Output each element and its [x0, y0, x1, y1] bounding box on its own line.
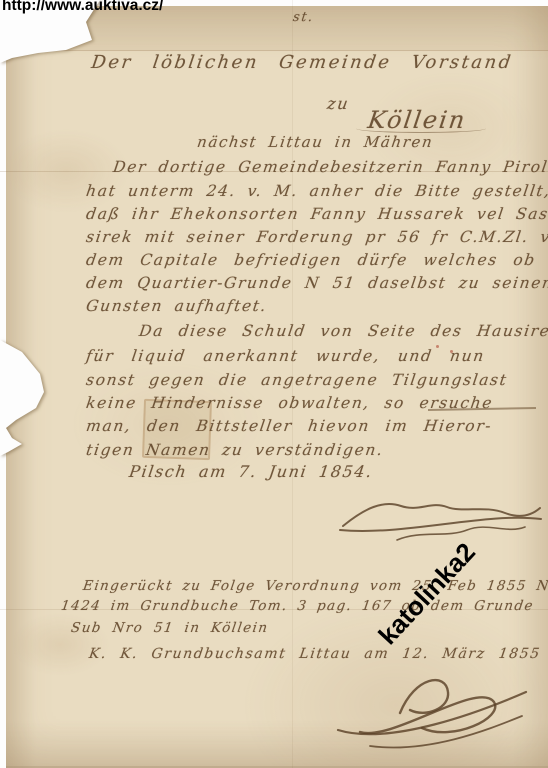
handwriting-registration: Eingerückt zu Folge Verordnung vom 25. F… — [82, 578, 548, 594]
handwriting-line: für liquid anerkannt wurde, und nun — [85, 347, 486, 365]
handwriting-line: sonst gegen die angetragene Tilgungslast — [85, 371, 509, 389]
scanned-letter: st. Der löblichen Gemeinde Vorstand zu K… — [0, 0, 548, 768]
handwriting-line: man, den Bittsteller hievon im Hieror- — [85, 417, 493, 435]
handwriting-line: hat unterm 24. v. M. anher die Bitte ges… — [85, 182, 548, 200]
handwriting-registration: 1424 im Grundbuche Tom. 3 pag. 167 ob de… — [60, 598, 535, 614]
signature-flourish — [330, 658, 530, 758]
auction-site-watermark: http://www.auktiva.cz/ — [2, 0, 163, 15]
handwriting-line: daß ihr Ehekonsorten Fanny Hussarek vel … — [85, 205, 548, 223]
handwriting-line: Der dortige Gemeindebesitzerin Fanny Pir… — [112, 158, 548, 176]
handwriting-place-sub: nächst Littau in Mähren — [196, 133, 435, 151]
place-underline-flourish — [356, 124, 486, 133]
paper-tear-left — [0, 336, 52, 460]
signature-flourish — [335, 492, 545, 547]
handwriting-registration: Sub Nro 51 in Köllein — [70, 620, 269, 636]
handwriting-zu: zu — [326, 94, 351, 113]
handwriting-top-mark: st. — [292, 10, 315, 25]
handwriting-address: Der löblichen Gemeinde Vorstand — [90, 52, 514, 73]
handwriting-line: Da diese Schuld von Seite des Hausirek — [138, 322, 548, 340]
handwriting-line: Gunsten aufhaftet. — [85, 297, 268, 315]
handwriting-line: dem Capitale befriedigen dürfe welches o… — [85, 251, 537, 269]
handwriting-line: tigen Namen zu verständigen. — [85, 441, 385, 459]
handwriting-line: dem Quartier-Grunde N 51 daselbst zu sei… — [85, 274, 548, 292]
handwriting-line: sirek mit seiner Forderung pr 56 fr C.M.… — [85, 228, 548, 246]
handwriting-date: Pilsch am 7. Juni 1854. — [128, 462, 374, 481]
